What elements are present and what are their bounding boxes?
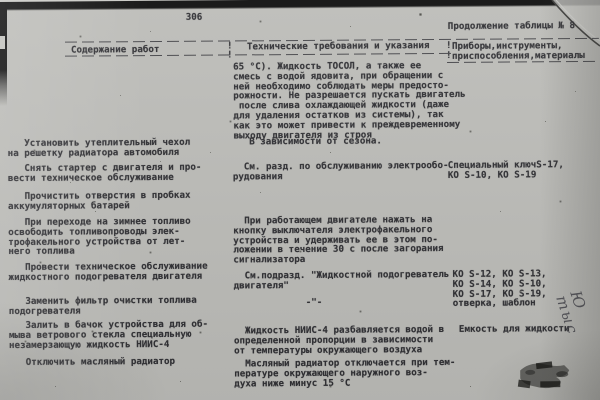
work-cell: Прочистить отверстия в пробках аккумулят… xyxy=(8,191,191,212)
scanned-page: 306 Продолжение таблицы № 8 Содержание р… xyxy=(0,0,600,400)
ditto-mark: -"- xyxy=(306,298,323,308)
column-header-requirements: Технические требования и указания xyxy=(247,41,430,52)
column-header-tools-line2: приспособления,материалы xyxy=(452,51,585,62)
continuation-note: Продолжение таблицы № 8 xyxy=(448,21,575,32)
requirements-cell: См.подразд. "Жидкостной подогреватель дв… xyxy=(233,270,449,291)
ink-smudge xyxy=(506,354,578,397)
tools-cell: Специальный ключS-17, КО S-10, КО S-19 xyxy=(448,160,564,180)
work-cell: Заменить фильтр очистки топлива подогрев… xyxy=(9,296,197,317)
requirements-cell: В зависимости от сезона. xyxy=(233,136,382,147)
work-cell: Отключить масляный радиатор xyxy=(9,357,175,368)
work-cell: Снять стартер с двигателя и про- вести т… xyxy=(8,163,202,184)
column-header-works: Содержание работ xyxy=(71,45,160,55)
work-cell: Установить утеплительный чехол на решетк… xyxy=(8,138,191,159)
page-content: 306 Продолжение таблицы № 8 Содержание р… xyxy=(0,0,600,400)
requirements-cell: Масляный радиатор отключается при тем- п… xyxy=(234,358,455,389)
work-cell: При переходе на зимнее топливо освободит… xyxy=(8,217,191,257)
page-number: 306 xyxy=(186,13,203,23)
requirements-cell: Жидкость НИИС-4 разбавляется водой в опр… xyxy=(234,325,444,356)
tools-cell: Емкость для жидкости xyxy=(459,324,570,335)
tools-cell: КО S-12, КО S-13, КО S-14, КО S-10, КО S… xyxy=(452,269,546,309)
requirements-cell: См. разд. по обслуживанию электрообо- ру… xyxy=(233,161,449,182)
work-cell: Провести техническое обслуживание жидкос… xyxy=(8,262,207,283)
carryover-text-cell: 65 °С). Жидкость ТОСОЛ, а также ее смесь… xyxy=(233,61,466,141)
table-rule-under-tools xyxy=(447,61,598,63)
work-cell: Залить в бачок устройства для об- мыва в… xyxy=(9,320,208,351)
requirements-cell: При работающем двигателе нажать на кнопк… xyxy=(233,215,444,265)
